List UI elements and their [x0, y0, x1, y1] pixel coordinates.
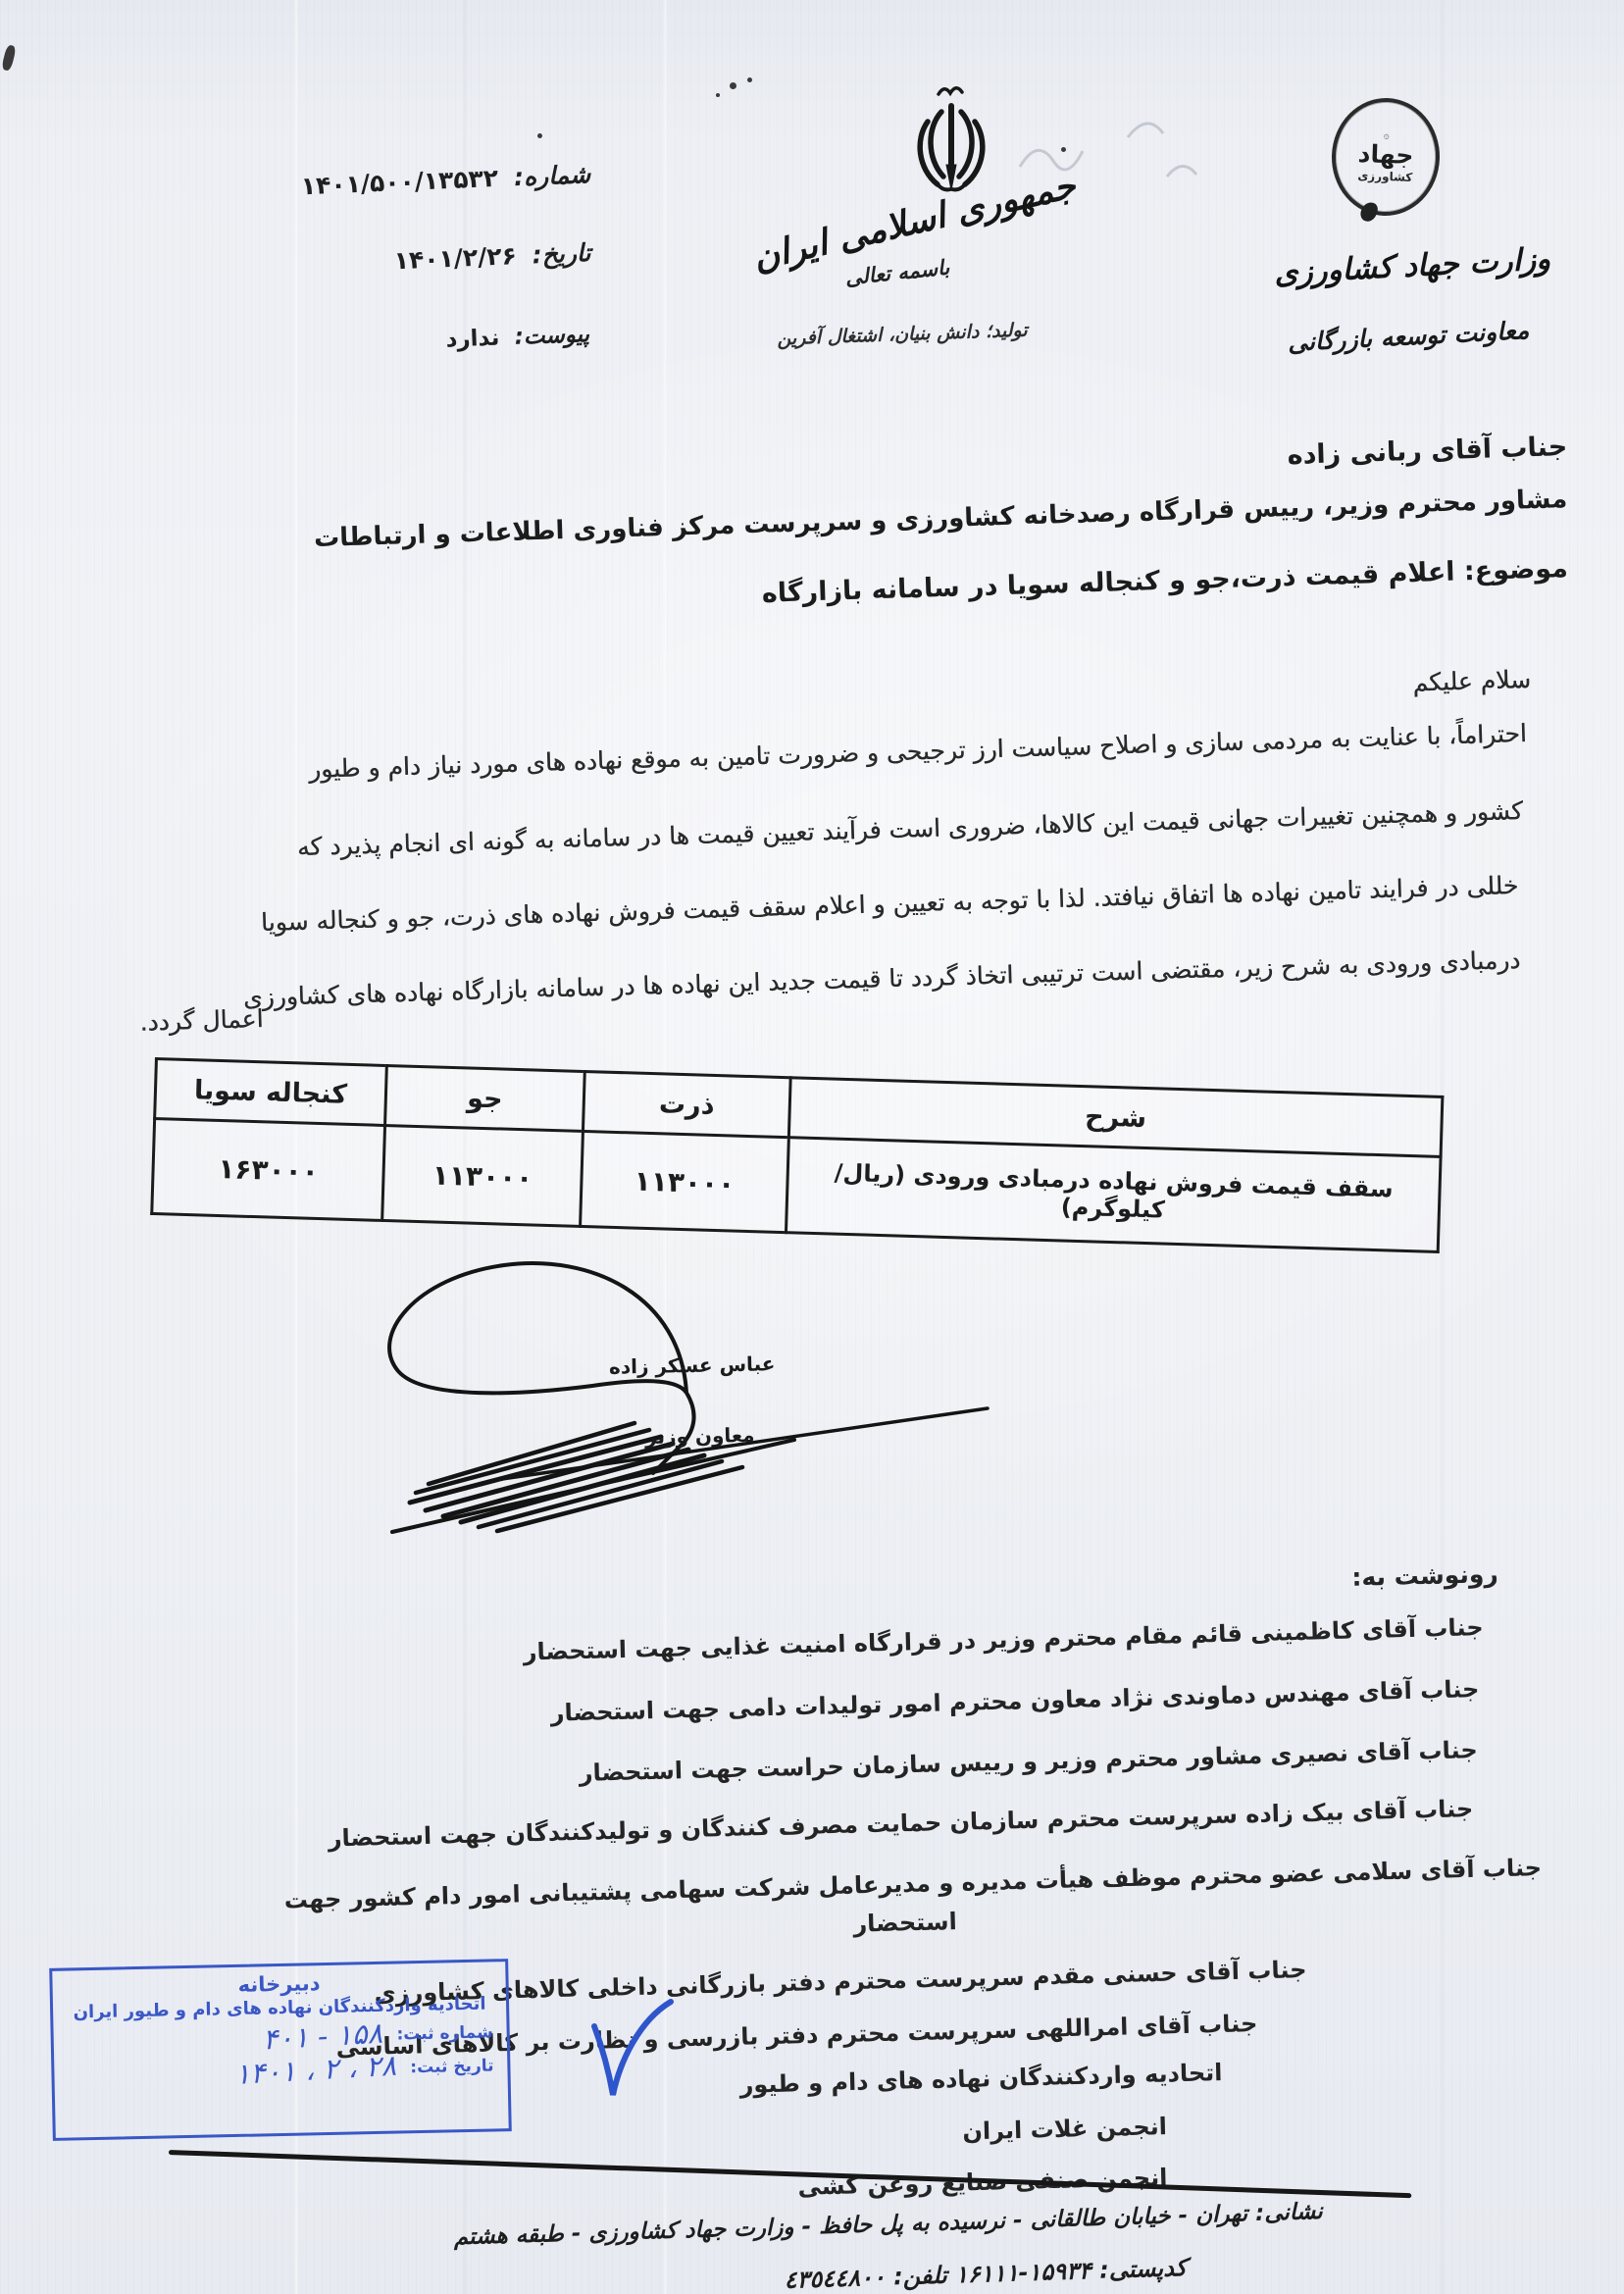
ref-number-value: ۱۴۰۱/۵۰۰/۱۳۵۳۲ — [301, 164, 499, 200]
cc-item-salami: جناب آقای سلامی عضو محترم موظف هیأت مدیر… — [284, 1854, 1543, 1914]
seal-word-jahad: جهاد — [1357, 141, 1414, 168]
ref-attachment-value: ندارد — [445, 326, 500, 353]
scan-speck — [730, 82, 736, 89]
body-line-3: خللی در فرایند تامین نهاده ها اتفاق نیاف… — [261, 871, 1519, 937]
blue-checkmark-icon — [586, 1997, 677, 2107]
table-cell-corn-price: ۱۱۳۰۰۰ — [581, 1131, 789, 1232]
ref-date-label: تاریخ: — [532, 238, 591, 269]
cc-item-beykzadeh: جناب آقای بیک زاده سرپرست محترم سازمان ح… — [328, 1795, 1473, 1853]
ref-number: شماره: ۱۴۰۱/۵۰۰/۱۳۵۳۲ — [301, 160, 591, 200]
year-slogan: تولید؛ دانش بنیان، اشتغال آفرین — [745, 318, 1060, 350]
recipient-name: جناب آقای ربانی زاده — [1288, 432, 1568, 471]
scan-speck — [747, 77, 752, 82]
scan-speck — [1, 44, 17, 72]
signatory-title: معاون وزیر — [645, 1423, 755, 1449]
table-cell-soybean-price: ۱۶۳۰۰۰ — [152, 1119, 385, 1221]
table-header-soybean-meal: کنجاله سویا — [155, 1059, 387, 1126]
cc-item-salami-wrap: استحضار — [853, 1908, 957, 1938]
table-cell-description: سقف قیمت فروش نهاده درمبادی ورودی (ریال/… — [786, 1138, 1441, 1252]
scanned-letter-page: شماره: ۱۴۰۱/۵۰۰/۱۳۵۳۲ تاریخ: ۱۴۰۱/۲/۲۶ پ… — [0, 0, 1624, 2294]
scan-speck — [537, 133, 542, 138]
ref-date: تاریخ: ۱۴۰۱/۲/۲۶ — [393, 238, 591, 275]
stamp-reg-date-value: ۲۸ ، ۲ ، ۱۴۰۱ — [234, 2049, 397, 2091]
ministry-name: وزارت جهاد کشاورزی — [1273, 241, 1551, 291]
stamp-title: دبیرخانه — [237, 1971, 320, 1997]
stamp-reg-no-label: شماره ثبت: — [396, 2022, 493, 2044]
besmele: باسمه تعالی — [828, 254, 967, 292]
body-line-2: کشور و همچنین تغییرات جهانی قیمت این کال… — [296, 796, 1523, 861]
footer-address: نشانی: تهران - خیابان طالقانی - نرسیده ب… — [453, 2199, 1323, 2250]
footer-divider — [169, 2150, 1411, 2198]
ref-date-value: ۱۴۰۱/۲/۲۶ — [393, 241, 517, 275]
cc-item-nasiri: جناب آقای نصیری مشاور محترم وزیر و رییس … — [579, 1736, 1478, 1787]
recipient-title: مشاور محترم وزیر، رییس قرارگاه رصدخانه ک… — [314, 484, 1568, 553]
cc-heading: رونوشت به: — [1351, 1559, 1498, 1592]
cc-item-kazemini: جناب آقای کاظمینی قائم مقام محترم وزیر د… — [523, 1613, 1484, 1666]
table-header-barley: جو — [385, 1066, 585, 1132]
table-header-corn: ذرت — [583, 1072, 790, 1138]
registry-stamp: دبیرخانه اتحادیه واردکنندگان نهاده های د… — [49, 1959, 512, 2141]
cc-item-damavandinejad: جناب آقای مهندس دماوندی نژاد معاون محترم… — [550, 1675, 1479, 1727]
price-table: شرح ذرت جو کنجاله سویا سقف قیمت فروش نها… — [150, 1057, 1444, 1253]
stamp-reg-date-label: تاریخ ثبت: — [410, 2056, 494, 2077]
table-cell-barley-price: ۱۱۳۰۰۰ — [382, 1125, 584, 1226]
deputy-name: معاونت توسعه بازرگانی — [1287, 316, 1530, 357]
handwritten-signature-icon — [355, 1246, 1012, 1540]
ref-number-label: شماره: — [514, 160, 591, 191]
footer-contact: کدپستی: ۱۵۹۳۴-۱۶۱۱۱ تلفن: ٤٣٥٤٤٨٠٠ — [785, 2254, 1188, 2294]
scan-speck — [716, 93, 720, 97]
ref-attachment-label: پیوست: — [514, 322, 589, 350]
cc-item-hasanimoghadam: جناب آقای حسنی مقدم سرپرست محترم دفتر با… — [374, 1956, 1307, 2008]
cc-item-importers-union: اتحادیه واردکنندگان نهاده های دام و طیور — [739, 2059, 1223, 2099]
body-line-5: اعمال گردد. — [139, 1004, 264, 1037]
jihad-agriculture-seal-icon: ۞ جهاد کشاورزی — [1330, 96, 1442, 218]
seal-word-keshavarzi: کشاورزی — [1357, 169, 1412, 184]
ref-attachment: پیوست: ندارد — [445, 322, 589, 353]
salutation: سلام علیکم — [1412, 665, 1531, 697]
cc-item-grain-association: انجمن غلات ایران — [963, 2113, 1168, 2145]
body-line-4: درمبادی ورودی به شرح زیر، مقتضی است ترتی… — [243, 945, 1521, 1012]
body-line-1: احتراماً، با عنایت به مردمی سازی و اصلاح… — [308, 719, 1527, 784]
subject-line: موضوع: اعلام قیمت ذرت،جو و کنجاله سویا د… — [761, 553, 1568, 609]
signatory-name: عباس عسکر زاده — [608, 1351, 775, 1379]
